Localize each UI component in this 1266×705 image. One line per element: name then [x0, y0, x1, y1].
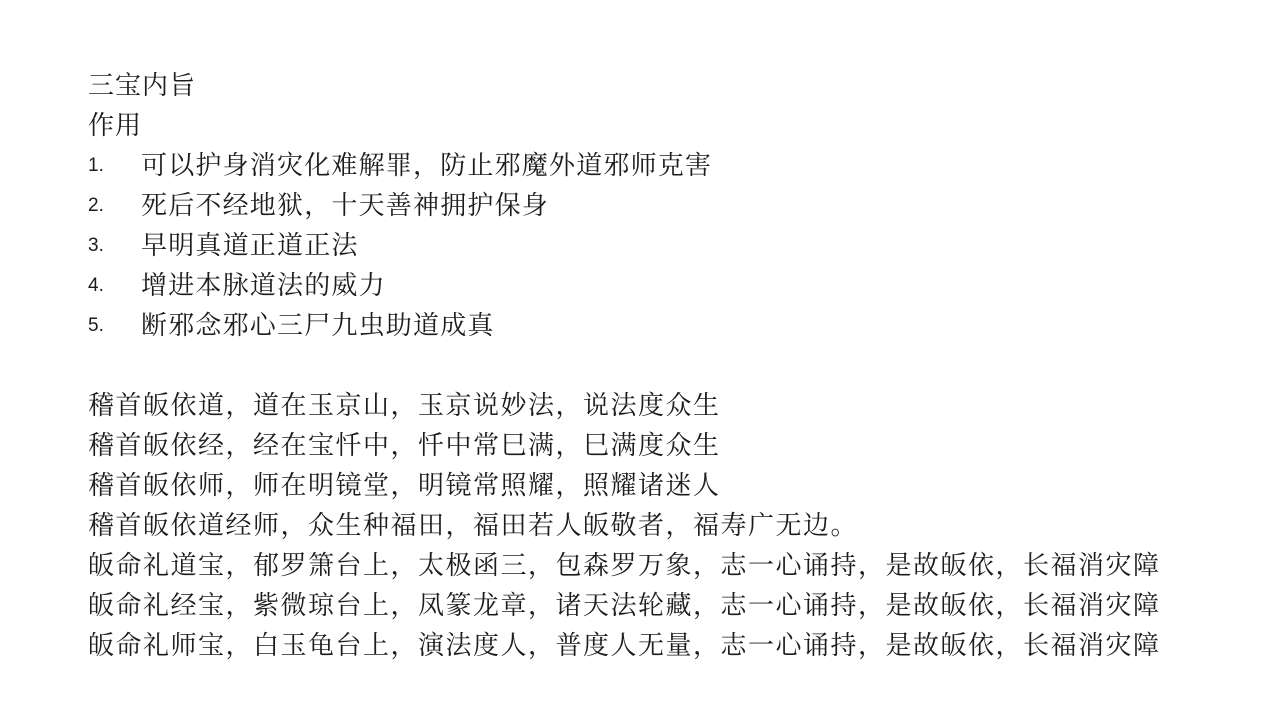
- list-number: 1.: [88, 146, 141, 186]
- list-text: 早明真道正道正法: [141, 226, 359, 266]
- list-number: 5.: [88, 306, 141, 346]
- list-item: 3. 早明真道正道正法: [88, 226, 1176, 266]
- verse-line: 皈命礼道宝，郁罗箫台上，太极函三，包森罗万象，志一心诵持，是故皈依，长福消灾障: [88, 546, 1176, 586]
- verse-line: 稽首皈依道经师，众生种福田，福田若人皈敬者，福寿广无边。: [88, 506, 1176, 546]
- doc-title: 三宝内旨: [88, 66, 1176, 106]
- verse-line: 稽首皈依道，道在玉京山，玉京说妙法，说法度众生: [88, 386, 1176, 426]
- verse-line: 稽首皈依师，师在明镜堂，明镜常照耀，照耀诸迷人: [88, 466, 1176, 506]
- list-number: 3.: [88, 226, 141, 266]
- list-number: 2.: [88, 186, 141, 226]
- list-item: 2. 死后不经地狱，十天善神拥护保身: [88, 186, 1176, 226]
- list-number: 4.: [88, 266, 141, 306]
- blank-line: [88, 346, 1176, 386]
- list-item: 4. 增进本脉道法的威力: [88, 266, 1176, 306]
- list-text: 增进本脉道法的威力: [141, 266, 386, 306]
- document-page: 三宝内旨 作用 1. 可以护身消灾化难解罪，防止邪魔外道邪师克害 2. 死后不经…: [0, 0, 1266, 705]
- verse-line: 皈命礼经宝，紫微琼台上，凤篆龙章，诸天法轮藏，志一心诵持，是故皈依，长福消灾障: [88, 586, 1176, 626]
- verse-line: 皈命礼师宝，白玉龟台上，演法度人，普度人无量，志一心诵持，是故皈依，长福消灾障: [88, 626, 1176, 666]
- list-item: 1. 可以护身消灾化难解罪，防止邪魔外道邪师克害: [88, 146, 1176, 186]
- list-text: 断邪念邪心三尸九虫助道成真: [141, 306, 495, 346]
- list-text: 死后不经地狱，十天善神拥护保身: [141, 186, 549, 226]
- list-text: 可以护身消灾化难解罪，防止邪魔外道邪师克害: [141, 146, 712, 186]
- section-heading: 作用: [88, 106, 1176, 146]
- verse-line: 稽首皈依经，经在宝忏中，忏中常巳满，巳满度众生: [88, 426, 1176, 466]
- list-item: 5. 断邪念邪心三尸九虫助道成真: [88, 306, 1176, 346]
